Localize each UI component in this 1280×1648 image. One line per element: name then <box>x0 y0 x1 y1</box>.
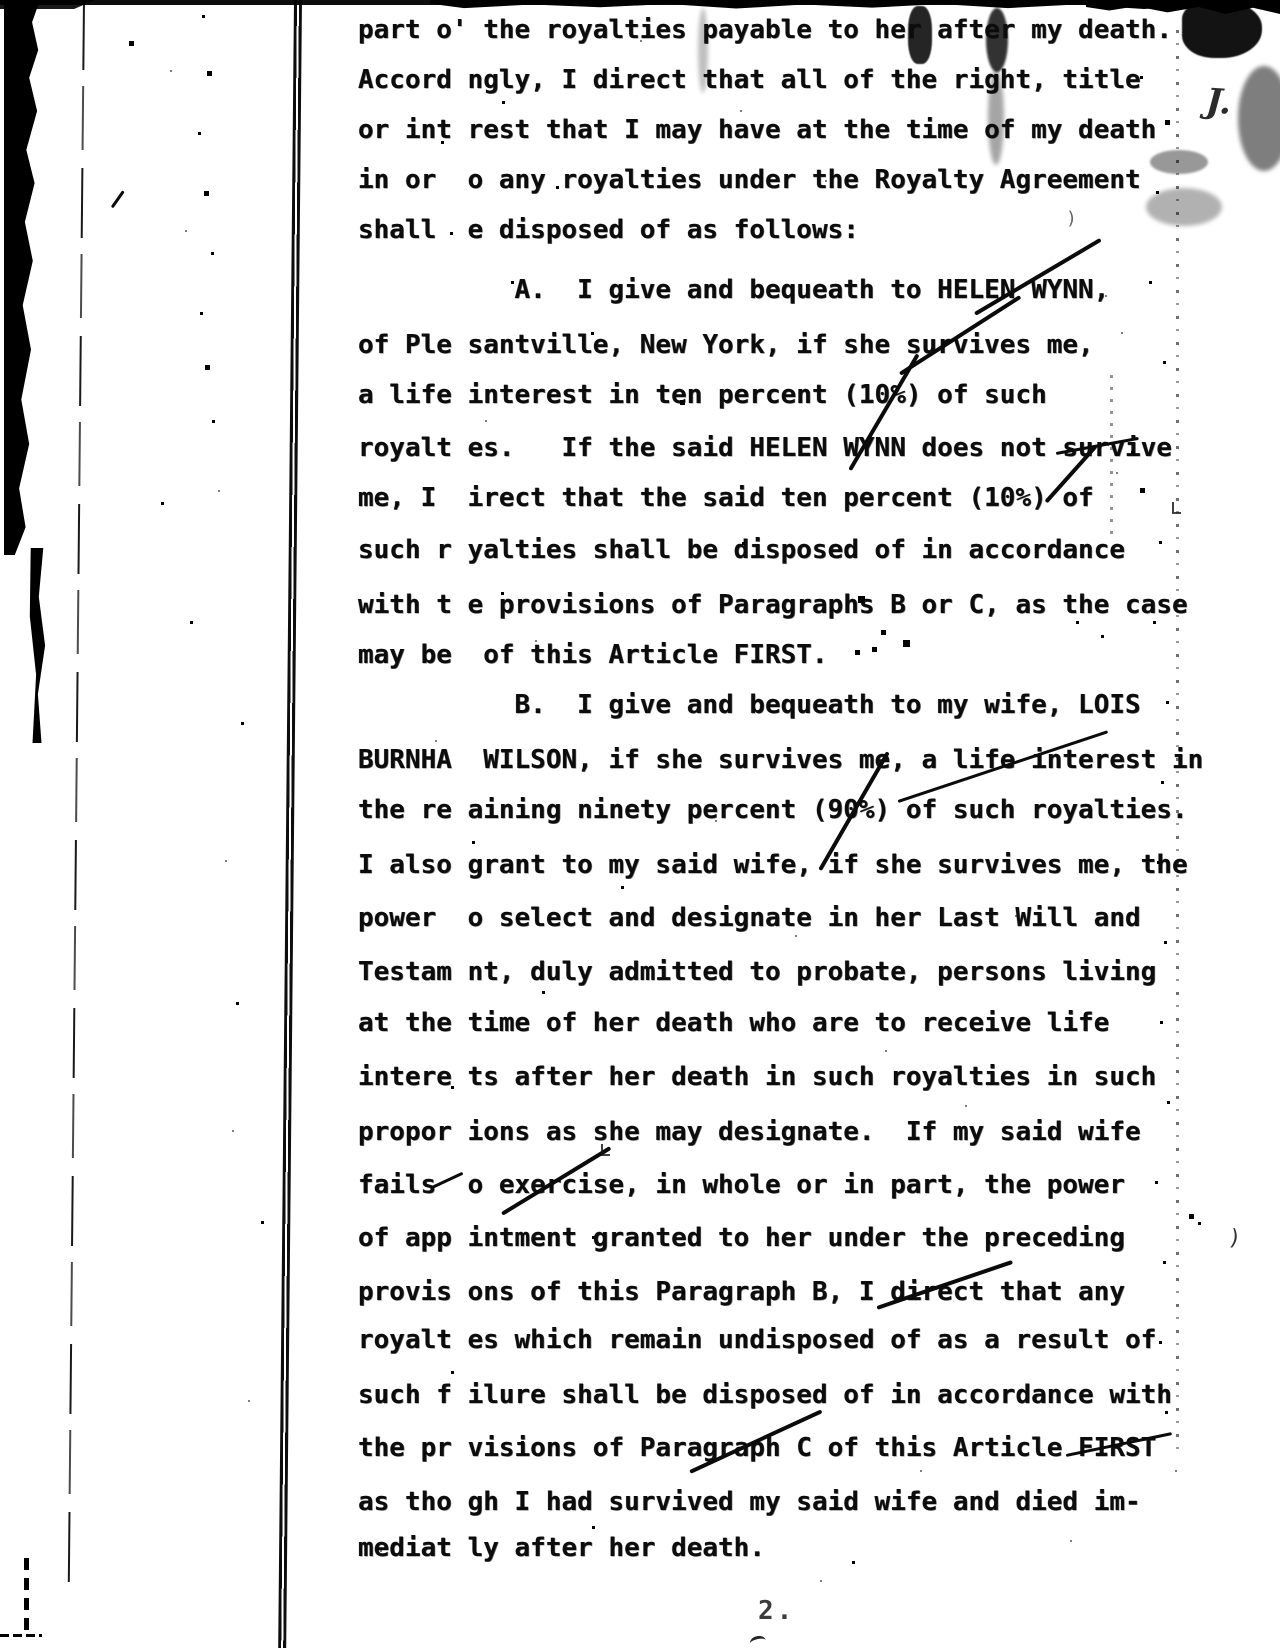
text-line-21: intere ts after her death in such royalt… <box>358 1062 1156 1092</box>
handwritten-margin-mark: J. <box>1205 81 1233 123</box>
text-line-4: in or o any royalties under the Royalty … <box>358 165 1141 195</box>
text-line-10: me, I irect that the said ten percent (1… <box>358 483 1094 513</box>
pen-slash-left-margin <box>111 190 125 208</box>
left-edge-dash-strip <box>24 1558 29 1630</box>
ink-blot <box>1238 66 1280 171</box>
ink-blot <box>1182 2 1262 58</box>
text-line-22: propor ions as she may designate. If my … <box>358 1117 1141 1147</box>
bottom-left-dashes <box>0 1634 42 1637</box>
text-line-19: Testam nt, duly admitted to probate, per… <box>358 957 1156 987</box>
pen-l-mark <box>601 1144 610 1156</box>
ink-blot <box>1146 188 1222 226</box>
scanned-will-page: part o' the royalties payable to her aft… <box>0 0 1280 1648</box>
text-line-20: at the time of her death who are to rece… <box>358 1008 1109 1038</box>
text-line-25: provis ons of this Paragraph B, I direct… <box>358 1277 1125 1307</box>
text-line-16: the re aining ninety percent (90%) of su… <box>358 795 1188 825</box>
pen-l-mark-margin <box>1172 502 1181 514</box>
page-number: 2. <box>758 1596 795 1626</box>
text-line-13: may be of this Article FIRST. <box>358 640 828 670</box>
text-line-23: fails o exercise, in whole or in part, t… <box>358 1170 1125 1200</box>
text-line-12: with t e provisions of Paragraphs B or C… <box>358 590 1188 620</box>
text-line-29: as tho gh I had survived my said wife an… <box>358 1487 1141 1517</box>
text-line-18: power o select and designate in her Last… <box>358 903 1141 933</box>
left-edge-black-band <box>4 0 40 555</box>
text-line-5: shall e disposed of as follows: <box>358 215 859 245</box>
text-line-17: I also grant to my said wife, if she sur… <box>358 850 1188 880</box>
text-line-27: such f ilure shall be disposed of in acc… <box>358 1380 1172 1410</box>
text-line-9: royalt es. If the said HELEN WYNN does n… <box>358 433 1172 463</box>
page-number-curl-mark <box>749 1634 767 1648</box>
text-line-30: mediat ly after her death. <box>358 1533 765 1563</box>
text-line-2: Accord ngly, I direct that all of the ri… <box>358 65 1141 95</box>
ink-blot <box>1150 150 1208 174</box>
text-line-3: or int rest that I may have at the time … <box>358 115 1156 145</box>
left-fold-line <box>68 0 85 1595</box>
text-line-24: of app intment granted to her under the … <box>358 1223 1125 1253</box>
text-line-8: a life interest in ten percent (10%) of … <box>358 380 1047 410</box>
center-fold-double-line <box>278 0 302 1648</box>
stray-paren-margin: ) <box>1226 1225 1243 1252</box>
text-line-26: royalt es which remain undisposed of as … <box>358 1325 1156 1355</box>
left-edge-band-tail <box>28 548 46 743</box>
stray-paren-top: ) <box>1066 208 1077 229</box>
text-line-11: such r yalties shall be disposed of in a… <box>358 535 1125 565</box>
text-line-1: part o' the royalties payable to her aft… <box>358 15 1172 45</box>
text-line-7: of Ple santville, New York, if she survi… <box>358 330 1094 360</box>
text-line-15: BURNHA WILSON, if she survives me, a lif… <box>358 745 1203 775</box>
text-line-14: B. I give and bequeath to my wife, LOIS <box>358 690 1141 720</box>
